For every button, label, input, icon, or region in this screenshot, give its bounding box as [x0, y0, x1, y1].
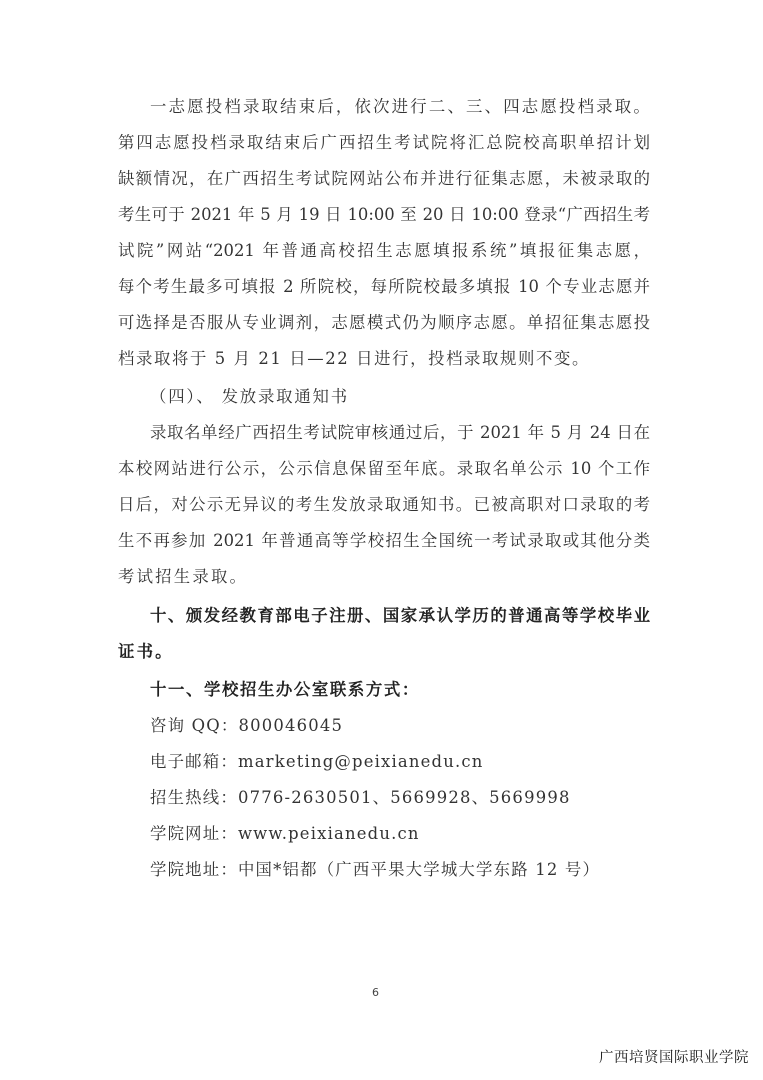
text-line: 档录取将于 5 月 21 日—22 日进行，投档录取规则不变。 — [118, 341, 650, 377]
contact-value: marketing@peixianedu.cn — [238, 752, 484, 771]
page-number: 6 — [372, 986, 379, 999]
contact-value: 中国*铝都（广西平果大学城大学东路 12 号） — [238, 860, 600, 879]
contact-hotline: 招生热线：0776-2630501、5669928、5669998 — [150, 780, 682, 816]
contact-label: 招生热线： — [150, 788, 238, 807]
text-line: 考试招生录取。 — [118, 559, 650, 595]
contact-value: 0776-2630501、5669928、5669998 — [238, 788, 571, 807]
text-line: 本校网站进行公示，公示信息保留至年底。录取名单公示 10 个工作 — [118, 451, 650, 487]
section-heading: 十、颁发经教育部电子注册、国家承认学历的普通高等学校毕业 — [150, 598, 650, 634]
text-line: 可选择是否服从专业调剂，志愿模式仍为顺序志愿。单招征集志愿投 — [118, 305, 650, 341]
document-page: 一志愿投档录取结束后，依次进行二、三、四志愿投档录取。 第四志愿投档录取结束后广… — [0, 0, 763, 1080]
text-line: 录取名单经广西招生考试院审核通过后，于 2021 年 5 月 24 日在 — [150, 415, 650, 451]
text-line: 第四志愿投档录取结束后广西招生考试院将汇总院校高职单招计划 — [118, 125, 650, 161]
text-line: 考生可于 2021 年 5 月 19 日 10:00 至 20 日 10:00 … — [118, 197, 650, 233]
text-line: 每个考生最多可填报 2 所院校，每所院校最多填报 10 个专业志愿并 — [118, 269, 650, 305]
contact-label: 学院地址： — [150, 860, 238, 879]
contact-website: 学院网址：www.peixianedu.cn — [150, 816, 682, 852]
contact-label: 电子邮箱： — [150, 752, 238, 771]
watermark-school-name: 广西培贤国际职业学院 — [599, 1046, 749, 1067]
text-line: 生不再参加 2021 年普通高等学校招生全国统一考试录取或其他分类 — [118, 523, 650, 559]
text-line: 缺额情况，在广西招生考试院网站公布并进行征集志愿，未被录取的 — [118, 161, 650, 197]
contact-label: 咨询 QQ： — [150, 716, 238, 735]
text-line: 证书。 — [118, 634, 650, 670]
text-line: 试院”网站“2021 年普通高校招生志愿填报系统”填报征集志愿， — [118, 233, 650, 269]
contact-qq: 咨询 QQ：800046045 — [150, 708, 682, 744]
section-heading: 十一、学校招生办公室联系方式： — [150, 672, 650, 708]
section-heading: （四）、 发放录取通知书 — [150, 379, 650, 415]
text-line: 日后，对公示无异议的考生发放录取通知书。已被高职对口录取的考 — [118, 487, 650, 523]
contact-label: 学院网址： — [150, 824, 238, 843]
contact-value: www.peixianedu.cn — [238, 824, 420, 843]
contact-value: 800046045 — [238, 716, 343, 735]
contact-address: 学院地址：中国*铝都（广西平果大学城大学东路 12 号） — [150, 852, 682, 888]
contact-email: 电子邮箱：marketing@peixianedu.cn — [150, 744, 682, 780]
text-line: 一志愿投档录取结束后，依次进行二、三、四志愿投档录取。 — [150, 89, 650, 125]
